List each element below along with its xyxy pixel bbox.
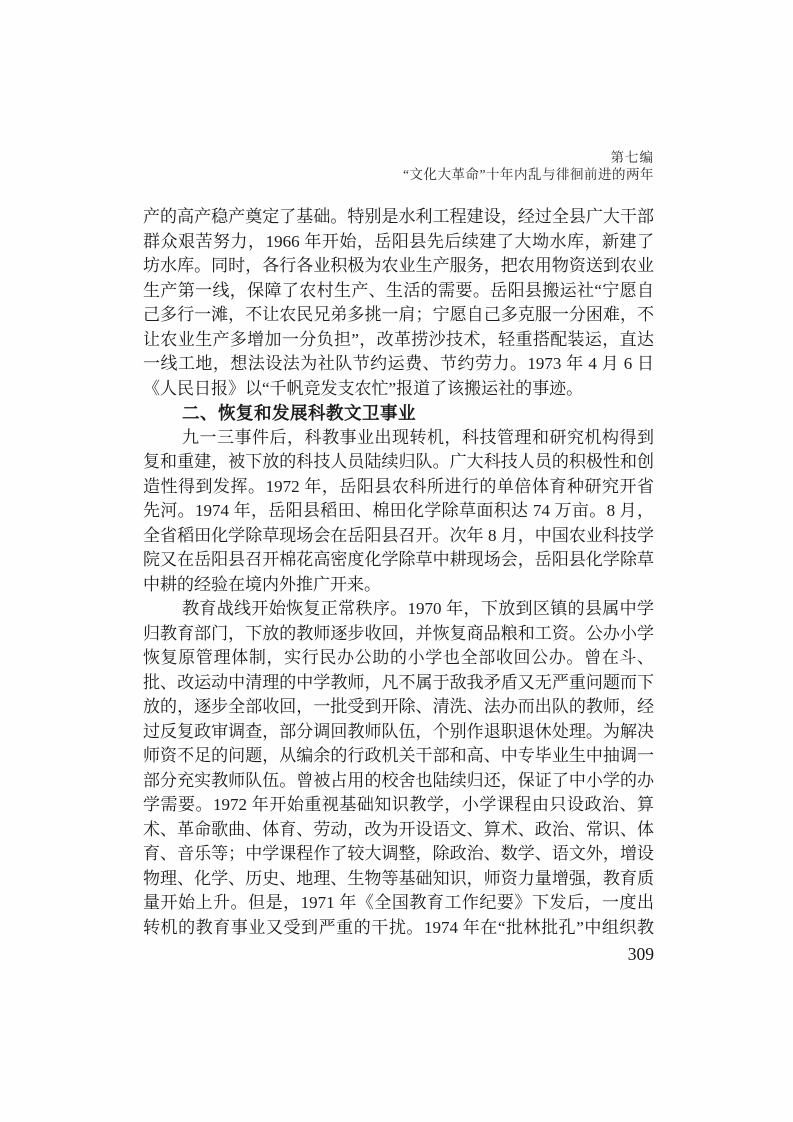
text-line: 转机的教育事业又受到严重的干扰。1974 年在“批林批孔”中组织教 <box>143 916 654 941</box>
book-page: 第七编 “文化大革命”十年内乱与徘徊前进的两年 产的高产稳产奠定了基础。特别是水… <box>0 0 793 1122</box>
body-text: 产的高产稳产奠定了基础。特别是水利工程建设，经过全县广大干部群众艰苦努力，196… <box>143 205 654 940</box>
text-line: 教育战线开始恢复正常秩序。1970 年，下放到区镇的县属中学收 <box>143 597 654 622</box>
running-head-title: “文化大革命”十年内乱与徘徊前进的两年 <box>143 166 654 183</box>
text-line: 部分充实教师队伍。曾被占用的校舍也陆续归还，保证了中小学的办 <box>143 769 654 794</box>
text-line: 恢复原管理体制，实行民办公助的小学也全部收回公办。曾在斗、 <box>143 646 654 671</box>
text-line: 让农业生产多增加一分负担”，改革捞沙技术，轻重搭配装运，直达 <box>143 328 654 353</box>
text-line: 育、音乐等；中学课程作了较大调整，除政治、数学、语文外，增设 <box>143 842 654 867</box>
text-line: 一线工地，想法设法为社队节约运费、节约劳力。1973 年 4 月 6 日 <box>143 352 654 377</box>
text-line: 放的，逐步全部收回，一批受到开除、清洗、法办而出队的教师，经 <box>143 695 654 720</box>
text-line: 先河。1974 年，岳阳县稻田、棉田化学除草面积达 74 万亩。8 月， <box>143 499 654 524</box>
text-line: 院又在岳阳县召开棉花高密度化学除草中耕现场会，岳阳县化学除草 <box>143 548 654 573</box>
text-line: 复和重建，被下放的科技人员陆续归队。广大科技人员的积极性和创 <box>143 450 654 475</box>
section-heading: 二、恢复和发展科教文卫事业 <box>143 401 654 426</box>
text-line: 生产第一线，保障了农村生产、生活的需要。岳阳县搬运社“宁愿自 <box>143 279 654 304</box>
text-line: 过反复政审调查，部分调回教师队伍，个别作退职退休处理。为解决 <box>143 720 654 745</box>
text-line: 师资不足的问题，从编余的行政机关干部和高、中专毕业生中抽调一 <box>143 744 654 769</box>
text-line: 学需要。1972 年开始重视基础知识教学，小学课程由只设政治、算 <box>143 793 654 818</box>
text-line: 造性得到发挥。1972 年，岳阳县农科所进行的单倍体育种研究开省内 <box>143 475 654 500</box>
text-line: 批、改运动中清理的中学教师，凡不属于敌我矛盾又无严重问题而下 <box>143 671 654 696</box>
text-line: 术、革命歌曲、体育、劳动，改为开设语文、算术、政治、常识、体 <box>143 818 654 843</box>
text-line: 物理、化学、历史、地理、生物等基础知识，师资力量增强，教育质 <box>143 867 654 892</box>
text-line: 全省稻田化学除草现场会在岳阳县召开。次年 8 月，中国农业科技学 <box>143 524 654 549</box>
paragraph: 九一三事件后，科教事业出现转机，科技管理和研究机构得到恢复和重建，被下放的科技人… <box>143 426 654 598</box>
text-line: 归教育部门，下放的教师逐步收回，并恢复商品粮和工资。公办小学 <box>143 622 654 647</box>
paragraph: 教育战线开始恢复正常秩序。1970 年，下放到区镇的县属中学收归教育部门，下放的… <box>143 597 654 940</box>
text-line: 产的高产稳产奠定了基础。特别是水利工程建设，经过全县广大干部 <box>143 205 654 230</box>
text-line: 己多行一滩，不让农民兄弟多挑一肩；宁愿自己多克服一分困难，不 <box>143 303 654 328</box>
running-head-volume: 第七编 <box>143 149 654 166</box>
text-line: 量开始上升。但是，1971 年《全国教育工作纪要》下发后，一度出现 <box>143 891 654 916</box>
page-number: 309 <box>143 944 654 964</box>
text-line: 九一三事件后，科教事业出现转机，科技管理和研究机构得到恢 <box>143 426 654 451</box>
text-line: 中耕的经验在境内外推广开来。 <box>143 573 654 598</box>
text-line: 坊水库。同时，各行各业积极为农业生产服务，把农用物资送到农业 <box>143 254 654 279</box>
running-head: 第七编 “文化大革命”十年内乱与徘徊前进的两年 <box>143 149 654 183</box>
text-line: 《人民日报》以“千帆竞发支农忙”报道了该搬运社的事迹。 <box>143 377 654 402</box>
text-line: 群众艰苦努力，1966 年开始，岳阳县先后续建了大坳水库，新建了岳 <box>143 230 654 255</box>
paragraph: 产的高产稳产奠定了基础。特别是水利工程建设，经过全县广大干部群众艰苦努力，196… <box>143 205 654 401</box>
